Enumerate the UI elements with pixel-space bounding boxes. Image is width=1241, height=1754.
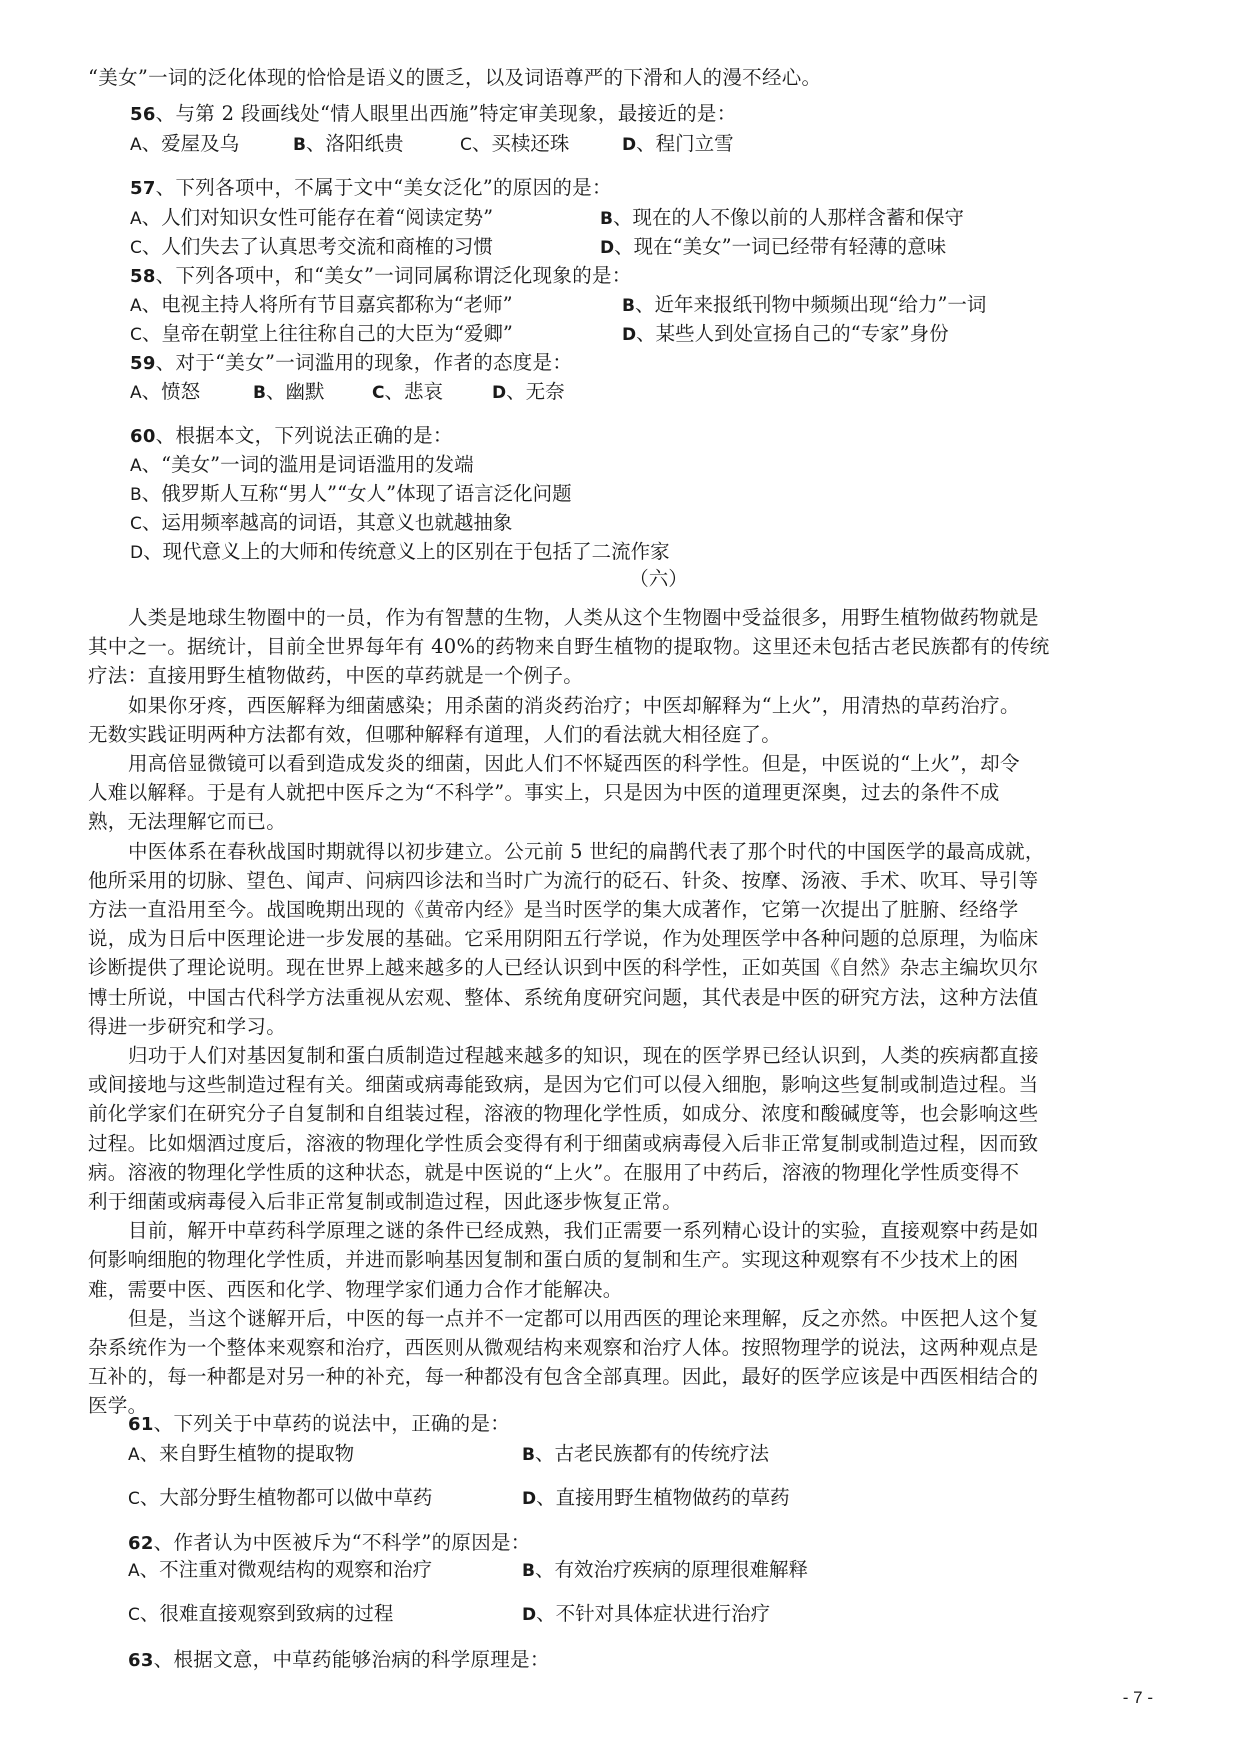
passage-line: 疗法：直接用野生植物做药，中医的草药就是一个例子。 [88, 664, 583, 688]
option-60-b[interactable]: B、俄罗斯人互称“男人”“女人”体现了语言泛化问题 [130, 482, 572, 507]
option-56-a[interactable]: A、爱屋及乌 [130, 132, 239, 157]
option-59-d[interactable]: D、无奈 [492, 380, 565, 405]
option-62-b[interactable]: B、有效治疗疾病的原理很难解释 [522, 1558, 808, 1583]
option-61-b[interactable]: B、古老民族都有的传统疗法 [522, 1442, 769, 1467]
passage-line: 诊断提供了理论说明。现在世界上越来越多的人已经认识到中医的科学性，正如英国《自然… [88, 956, 1038, 980]
question-57: 57、下列各项中，不属于文中“美女泛化”的原因的是： [130, 176, 612, 201]
passage-line: 得进一步研究和学习。 [88, 1015, 286, 1039]
passage-line: 或间接地与这些制造过程有关。细菌或病毒能致病，是因为它们可以侵入细胞，影响这些复… [88, 1073, 1038, 1097]
question-stem: 根据本文，下列说法正确的是： [175, 424, 452, 447]
passage-line: 归功于人们对基因复制和蛋白质制造过程越来越多的知识，现在的医学界已经认识到，人类… [128, 1044, 1039, 1068]
passage-line: 何影响细胞的物理化学性质，并进而影响基因复制和蛋白质的复制和生产。实现这种观察有… [88, 1248, 1019, 1272]
document-page: “美女”一词的泛化体现的恰恰是语义的匮乏，以及词语尊严的下滑和人的漫不经心。 5… [0, 0, 1241, 1754]
question-stem: 与第 2 段画线处“情人眼里出西施”特定审美现象，最接近的是： [175, 102, 736, 125]
question-62: 62、作者认为中医被斥为“不科学”的原因是： [128, 1531, 531, 1556]
option-57-a[interactable]: A、人们对知识女性可能存在着“阅读定势” [130, 206, 493, 231]
option-58-c[interactable]: C、皇帝在朝堂上往往称自己的大臣为“爱卿” [130, 322, 513, 347]
page-number: - 7 - [1123, 1688, 1153, 1708]
question-60: 60、根据本文，下列说法正确的是： [130, 424, 453, 449]
passage-line: 如果你牙疼，西医解释为细菌感染；用杀菌的消炎药治疗；中医却解释为“上火”，用清热… [128, 694, 1020, 718]
question-63: 63、根据文意，中草药能够治病的科学原理是： [128, 1648, 550, 1673]
option-56-b[interactable]: B、洛阳纸贵 [293, 132, 404, 157]
question-number: 60 [130, 426, 156, 447]
question-stem: 根据文意，中草药能够治病的科学原理是： [173, 1648, 549, 1671]
option-59-c[interactable]: C、悲哀 [372, 380, 443, 405]
option-58-d[interactable]: D、某些人到处宣扬自己的“专家”身份 [622, 322, 949, 347]
option-57-d[interactable]: D、现在“美女”一词已经带有轻薄的意味 [600, 235, 946, 260]
passage-line: 互补的，每一种都是对另一种的补充，每一种都没有包含全部真理。因此，最好的医学应该… [88, 1365, 1038, 1389]
passage-line: 方法一直沿用至今。战国晚期出现的《黄帝内经》是当时医学的集大成著作，它第一次提出… [88, 898, 1019, 922]
question-56: 56、与第 2 段画线处“情人眼里出西施”特定审美现象，最接近的是： [130, 102, 737, 127]
passage-line: 他所采用的切脉、望色、闻声、问病四诊法和当时广为流行的砭石、针灸、按摩、汤液、手… [88, 869, 1038, 893]
question-stem: 下列各项中，和“美女”一词同属称谓泛化现象的是： [175, 264, 631, 287]
question-number: 61 [128, 1414, 154, 1435]
passage-line: 博士所说，中国古代科学方法重视从宏观、整体、系统角度研究问题，其代表是中医的研究… [88, 986, 1038, 1010]
passage-line: 目前，解开中草药科学原理之谜的条件已经成熟，我们正需要一系列精心设计的实验，直接… [128, 1219, 1039, 1243]
passage-line: 其中之一。据统计，目前全世界每年有 40%的药物来自野生植物的提取物。这里还未包… [88, 635, 1050, 659]
option-61-a[interactable]: A、来自野生植物的提取物 [128, 1442, 354, 1467]
passage-line: 人类是地球生物圈中的一员，作为有智慧的生物，人类从这个生物圈中受益很多，用野生植… [128, 606, 1039, 630]
question-number: 62 [128, 1533, 154, 1554]
option-62-c[interactable]: C、很难直接观察到致病的过程 [128, 1602, 393, 1627]
option-56-d[interactable]: D、程门立雪 [622, 132, 734, 157]
option-56-c[interactable]: C、买椟还珠 [460, 132, 569, 157]
passage-line: 病。溶液的物理化学性质的这种状态，就是中医说的“上火”。在服用了中药后，溶液的物… [88, 1161, 1019, 1185]
option-60-c[interactable]: C、运用频率越高的词语，其意义也就越抽象 [130, 511, 512, 536]
passage-line: 用高倍显微镜可以看到造成发炎的细菌，因此人们不怀疑西医的科学性。但是，中医说的“… [128, 752, 1020, 776]
option-57-c[interactable]: C、人们失去了认真思考交流和商榷的习惯 [130, 235, 493, 260]
question-stem: 下列关于中草药的说法中，正确的是： [173, 1412, 510, 1435]
option-57-b[interactable]: B、现在的人不像以前的人那样含蓄和保守 [600, 206, 964, 231]
question-59: 59、对于“美女”一词滥用的现象，作者的态度是： [130, 351, 572, 376]
question-number: 63 [128, 1650, 154, 1671]
passage-line: 过程。比如烟酒过度后，溶液的物理化学性质会变得有利于细菌或病毒侵入后非正常复制或… [88, 1132, 1038, 1156]
section-title: （六） [38, 563, 1241, 591]
passage-line: 前化学家们在研究分子自复制和自组装过程，溶液的物理化学性质，如成分、浓度和酸碱度… [88, 1102, 1038, 1126]
option-62-d[interactable]: D、不针对具体症状进行治疗 [522, 1602, 770, 1627]
passage-line: 说，成为日后中医理论进一步发展的基础。它采用阴阳五行学说，作为处理医学中各种问题… [88, 927, 1038, 951]
intro-line: “美女”一词的泛化体现的恰恰是语义的匮乏，以及词语尊严的下滑和人的漫不经心。 [88, 66, 821, 90]
passage-line: 人难以解释。于是有人就把中医斥之为“不科学”。事实上，只是因为中医的道理更深奥，… [88, 781, 1000, 805]
passage-line: 利于细菌或病毒侵入后非正常复制或制造过程，因此逐步恢复正常。 [88, 1190, 682, 1214]
question-number: 59 [130, 353, 156, 374]
question-stem: 对于“美女”一词滥用的现象，作者的态度是： [175, 351, 572, 374]
passage-line: 中医体系在春秋战国时期就得以初步建立。公元前 5 世纪的扁鹊代表了那个时代的中国… [128, 840, 1045, 864]
question-58: 58、下列各项中，和“美女”一词同属称谓泛化现象的是： [130, 264, 632, 289]
question-number: 57 [130, 178, 156, 199]
question-stem: 下列各项中，不属于文中“美女泛化”的原因的是： [175, 176, 611, 199]
option-62-a[interactable]: A、不注重对微观结构的观察和治疗 [128, 1558, 432, 1583]
option-59-b[interactable]: B、幽默 [253, 380, 325, 405]
question-number: 56 [130, 104, 156, 125]
passage-line: 无数实践证明两种方法都有效，但哪种解释有道理，人们的看法就大相径庭了。 [88, 723, 781, 747]
option-58-a[interactable]: A、电视主持人将所有节目嘉宾都称为“老师” [130, 293, 513, 318]
option-61-c[interactable]: C、大部分野生植物都可以做中草药 [128, 1486, 432, 1511]
passage-line: 熟，无法理解它而已。 [88, 810, 286, 834]
option-60-a[interactable]: A、“美女”一词的滥用是词语滥用的发端 [130, 453, 474, 478]
passage-line: 但是，当这个谜解开后，中医的每一点并不一定都可以用西医的理论来理解，反之亦然。中… [128, 1307, 1039, 1331]
question-number: 58 [130, 266, 156, 287]
passage-line: 杂系统作为一个整体来观察和治疗，西医则从微观结构来观察和治疗人体。按照物理学的说… [88, 1336, 1038, 1360]
option-59-a[interactable]: A、愤怒 [130, 380, 200, 405]
passage-line: 难，需要中医、西医和化学、物理学家们通力合作才能解决。 [88, 1278, 623, 1302]
question-stem: 作者认为中医被斥为“不科学”的原因是： [173, 1531, 530, 1554]
option-60-d[interactable]: D、现代意义上的大师和传统意义上的区别在于包括了二流作家 [130, 540, 670, 565]
option-58-b[interactable]: B、近年来报纸刊物中频频出现“给力”一词 [622, 293, 986, 318]
option-61-d[interactable]: D、直接用野生植物做药的草药 [522, 1486, 790, 1511]
question-61: 61、下列关于中草药的说法中，正确的是： [128, 1412, 510, 1437]
